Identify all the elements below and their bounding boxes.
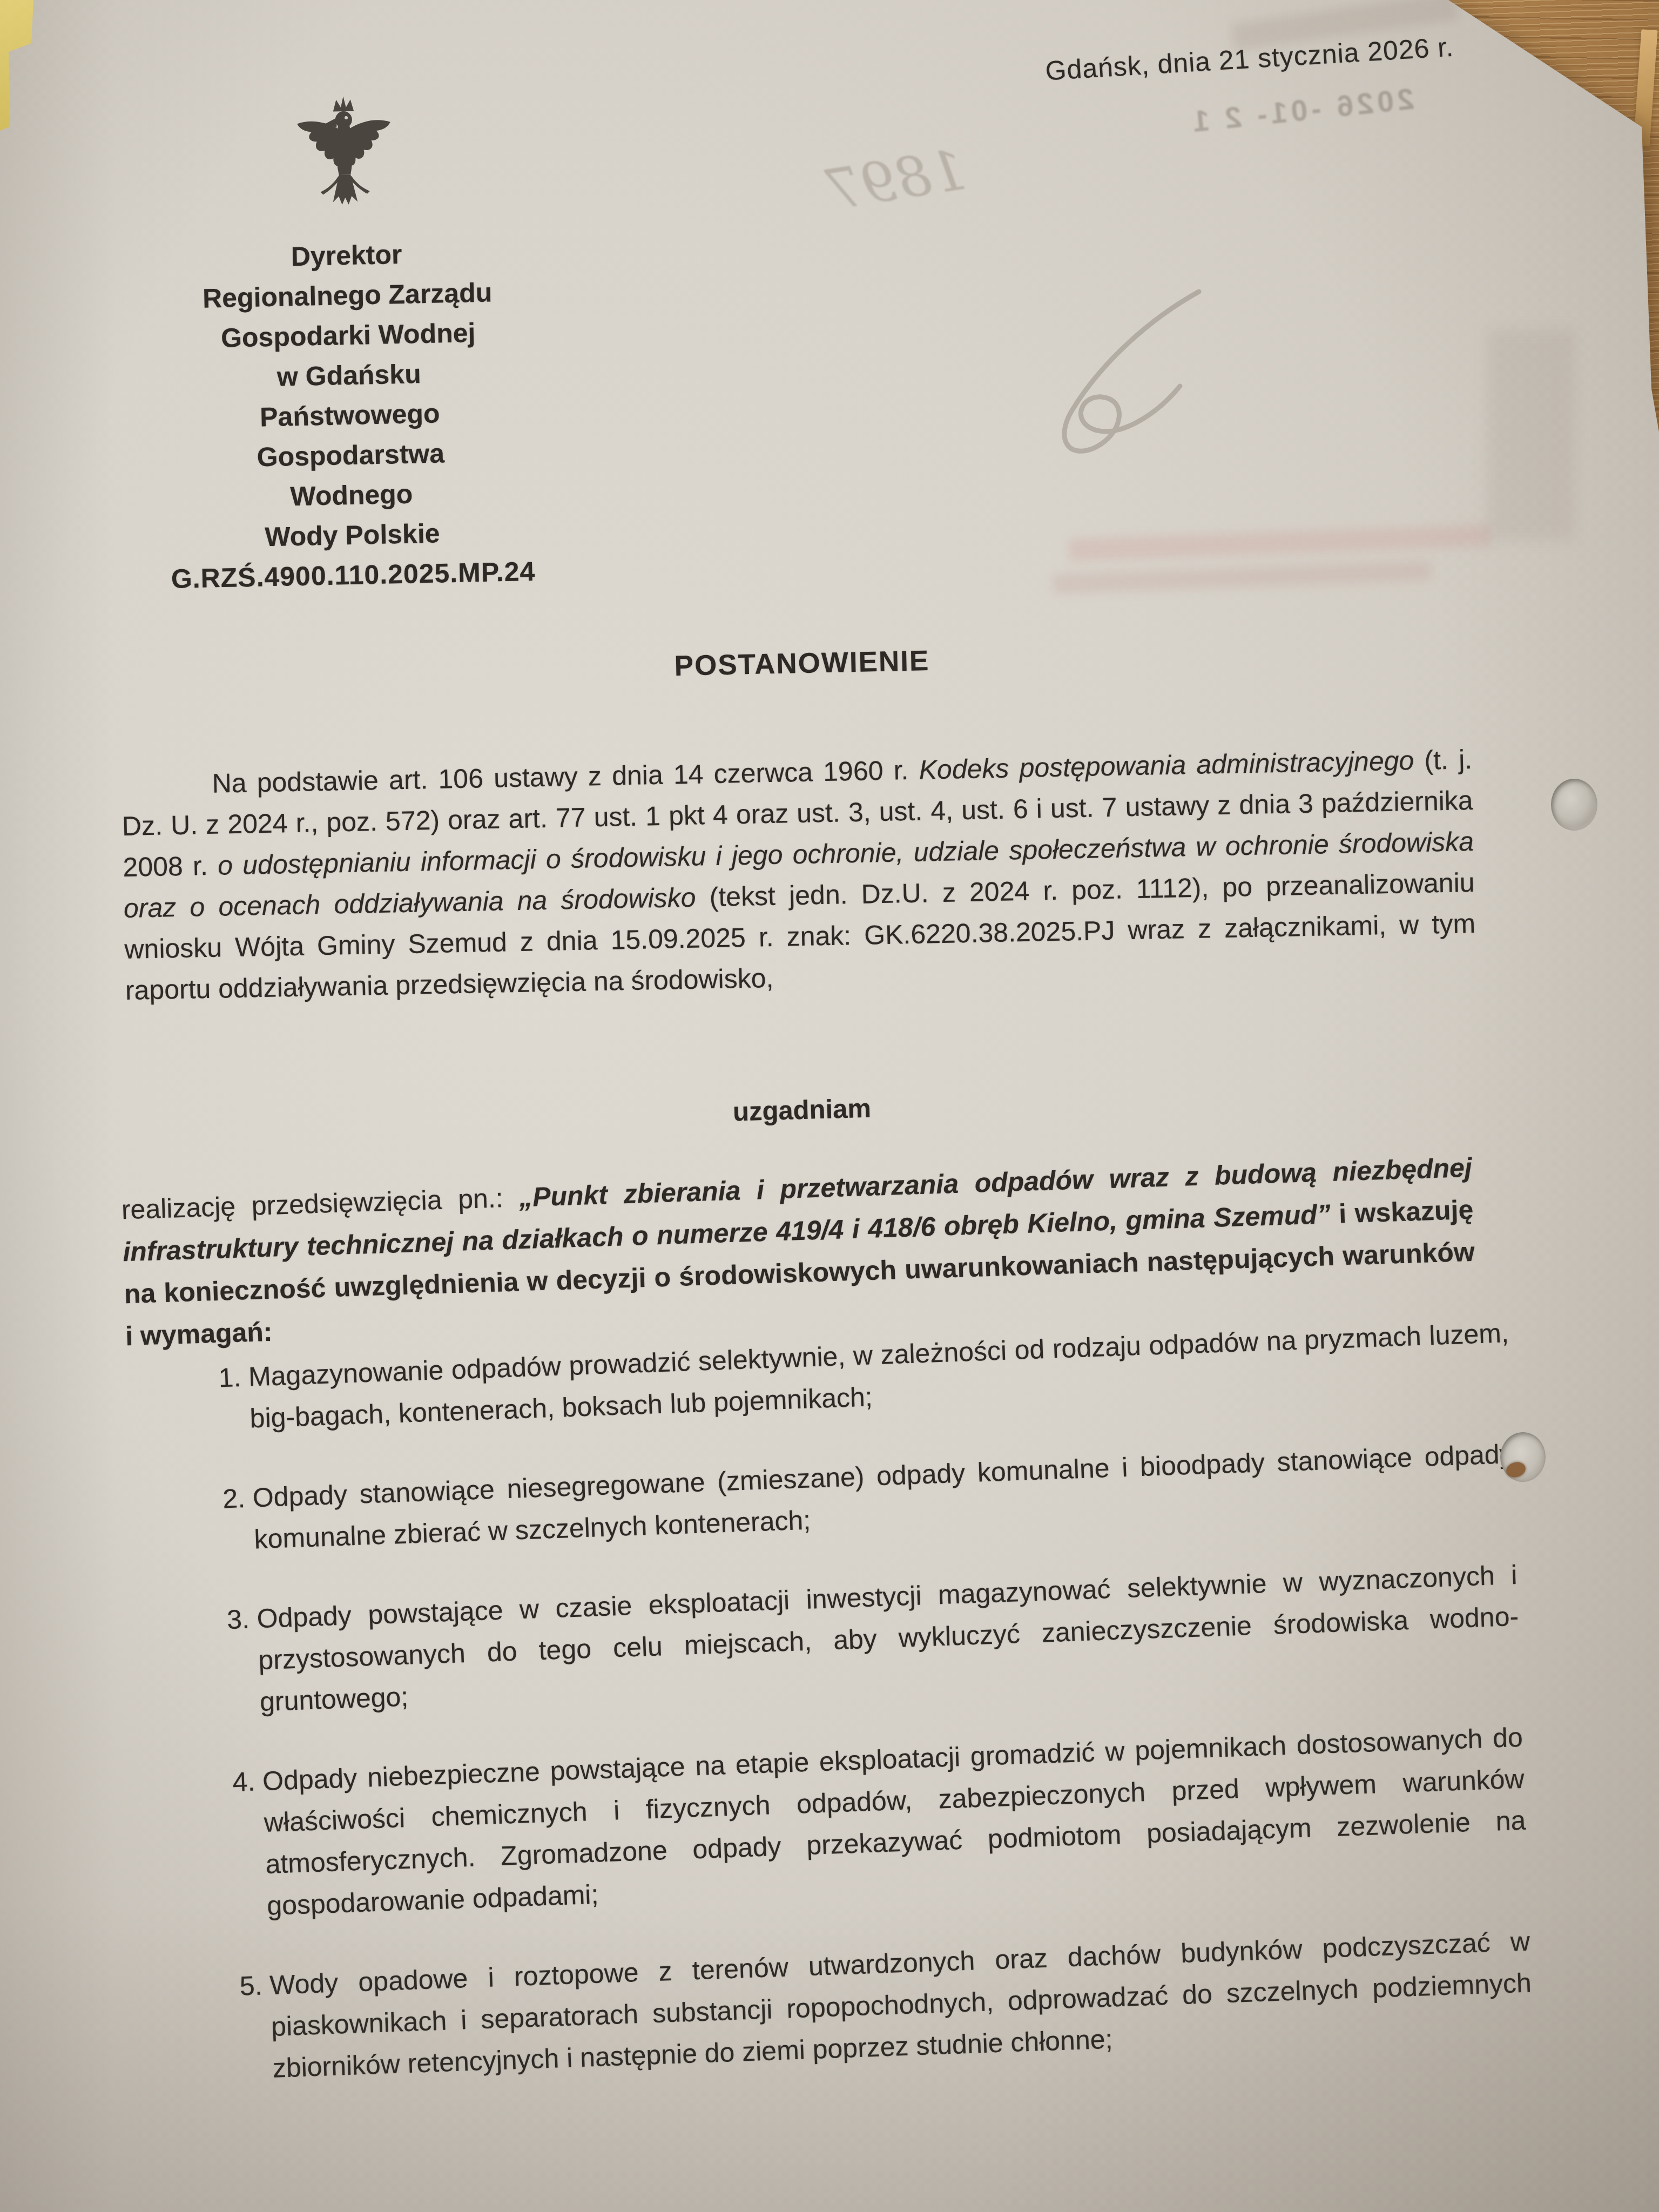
coat-of-arms-eagle-icon: [281, 91, 408, 223]
letterhead: DyrektorRegionalnego ZarząduGospodarki W…: [65, 86, 631, 601]
text-segment: (tekst jedn. Dz.U. z 2024 r. poz. 1112),…: [124, 867, 1476, 1006]
condition-item: Odpady powstające w czasie eksploatacji …: [256, 1554, 1521, 1723]
letterhead-lines: DyrektorRegionalnego ZarząduGospodarki W…: [68, 230, 631, 561]
punch-hole-top: [1551, 779, 1597, 831]
document-title: POSTANOWIENIE: [0, 630, 1604, 697]
condition-item: Wody opadowe i roztopowe z terenów utwar…: [269, 1920, 1534, 2089]
operative-word: uzgadniam: [0, 1073, 1604, 1148]
photo-scene: 2026 -01- 2 1 1897 Gdańsk, dnia 21 stycz…: [0, 0, 1659, 2212]
text-segment: Na podstawie art. 106 ustawy z dnia 14 c…: [212, 755, 919, 799]
punch-hole-bottom: [1500, 1432, 1546, 1482]
conditions-list: Magazynowanie odpadów prowadzić selektyw…: [200, 1312, 1535, 2129]
condition-item: Odpady niebezpieczne powstające na etapi…: [262, 1717, 1528, 1927]
place-date-line: Gdańsk, dnia 21 stycznia 2026 r.: [1044, 31, 1455, 87]
condition-item: Odpady stanowiące niesegregowane (zmiesz…: [252, 1433, 1515, 1560]
text-segment: realizację przedsięwzięcia pn.:: [121, 1182, 520, 1225]
text-segment: Kodeks postępowania administracyjnego: [919, 745, 1414, 785]
legal-basis-paragraph: Na podstawie art. 106 ustawy z dnia 14 c…: [121, 739, 1476, 1011]
document-content: Gdańsk, dnia 21 stycznia 2026 r. Dyrekto…: [0, 0, 1659, 2212]
